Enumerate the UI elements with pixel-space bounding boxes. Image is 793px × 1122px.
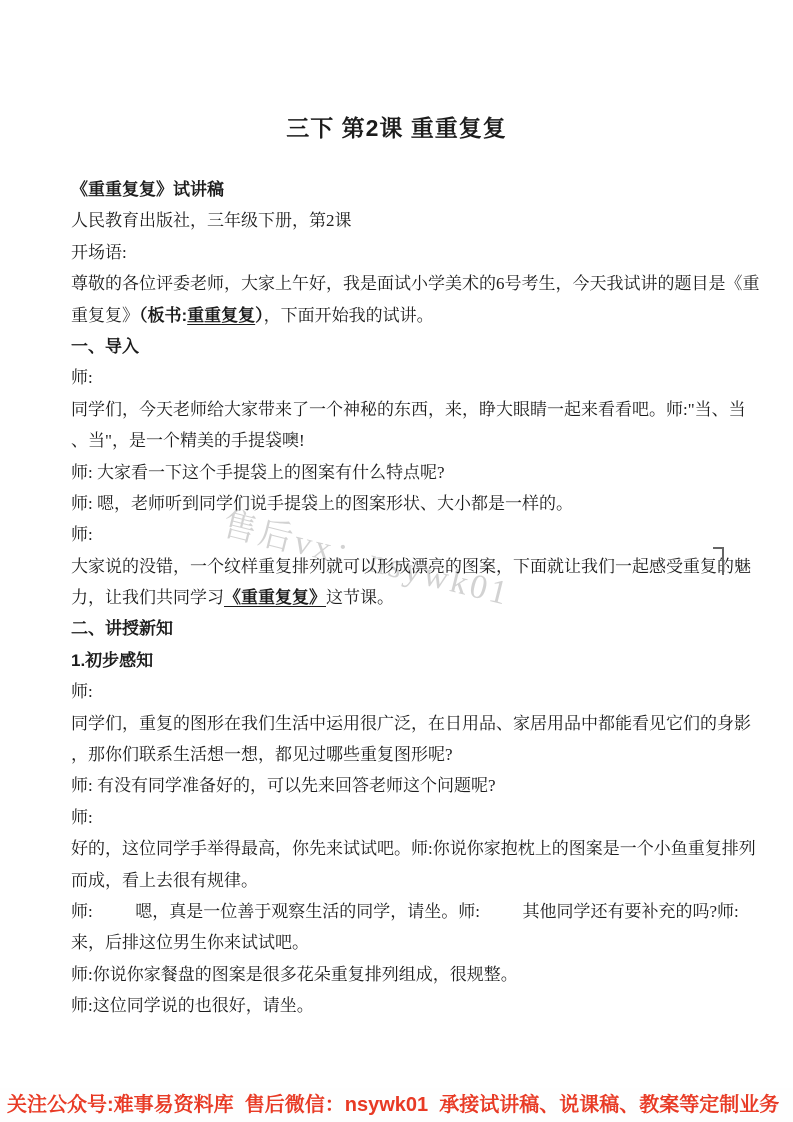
text-line: ，那你们联系生活想一想，都见过哪些重复图形呢? xyxy=(71,739,751,770)
text-line: 师:你说你家餐盘的图案是很多花朵重复排列组成，很规整。 xyxy=(71,959,751,990)
text-line: 师: 嗯，真是一位善于观察生活的同学，请坐。师: 其他同学还有要补充的吗?师: xyxy=(71,896,751,927)
text-line: 好的，这位同学手举得最高，你先来试试吧。师:你说你家抱枕上的图案是一个小鱼重复排… xyxy=(71,833,751,864)
text-line: 1.初步感知 xyxy=(71,645,751,676)
text-line: 师: 大家看一下这个手提袋上的图案有什么特点呢? xyxy=(71,457,751,488)
text-line: 尊敬的各位评委老师，大家上午好，我是面试小学美术的6号考生，今天我试讲的题目是《… xyxy=(71,268,751,299)
document-body: 《重重复复》试讲稿人民教育出版社，三年级下册，第2课开场语:尊敬的各位评委老师，… xyxy=(71,174,751,1022)
text-line: 开场语: xyxy=(71,237,751,268)
text-line: 、当"，是一个精美的手提袋噢! xyxy=(71,425,751,456)
text-line: 师: 有没有同学准备好的，可以先来回答老师这个问题呢? xyxy=(71,770,751,801)
text-line: 二、讲授新知 xyxy=(71,613,751,644)
text-line: 师: xyxy=(71,676,751,707)
text-line: 人民教育出版社，三年级下册，第2课 xyxy=(71,205,751,236)
text-line: 《重重复复》试讲稿 xyxy=(71,174,751,205)
text-line: 来，后排这位男生你来试试吧。 xyxy=(71,927,751,958)
text-line: 师: xyxy=(71,802,751,833)
footer-promo-banner: 关注公众号:难事易资料库 售后微信：nsywk01 承接试讲稿、说课稿、教案等定… xyxy=(0,1088,793,1122)
text-line: 师:这位同学说的也很好，请坐。 xyxy=(71,990,751,1021)
text-cursor-mark xyxy=(713,547,724,575)
text-line: 同学们，今天老师给大家带来了一个神秘的东西，来，睁大眼睛一起来看看吧。师:"当、… xyxy=(71,394,751,425)
page-title: 三下 第2课 重重复复 xyxy=(0,110,793,143)
text-line: 师: xyxy=(71,519,751,550)
text-line: 大家说的没错，一个纹样重复排列就可以形成漂亮的图案，下面就让我们一起感受重复的魅 xyxy=(71,551,751,582)
text-line: 力，让我们共同学习《重重复复》这节课。 xyxy=(71,582,751,613)
text-line: 一、导入 xyxy=(71,331,751,362)
text-line: 同学们，重复的图形在我们生活中运用很广泛，在日用品、家居用品中都能看见它们的身影 xyxy=(71,708,751,739)
text-line: 重复复》（板书:重重复复），下面开始我的试讲。 xyxy=(71,300,751,331)
text-line: 师: 嗯，老师听到同学们说手提袋上的图案形状、大小都是一样的。 xyxy=(71,488,751,519)
text-line: 而成，看上去很有规律。 xyxy=(71,865,751,896)
text-line: 师: xyxy=(71,362,751,393)
